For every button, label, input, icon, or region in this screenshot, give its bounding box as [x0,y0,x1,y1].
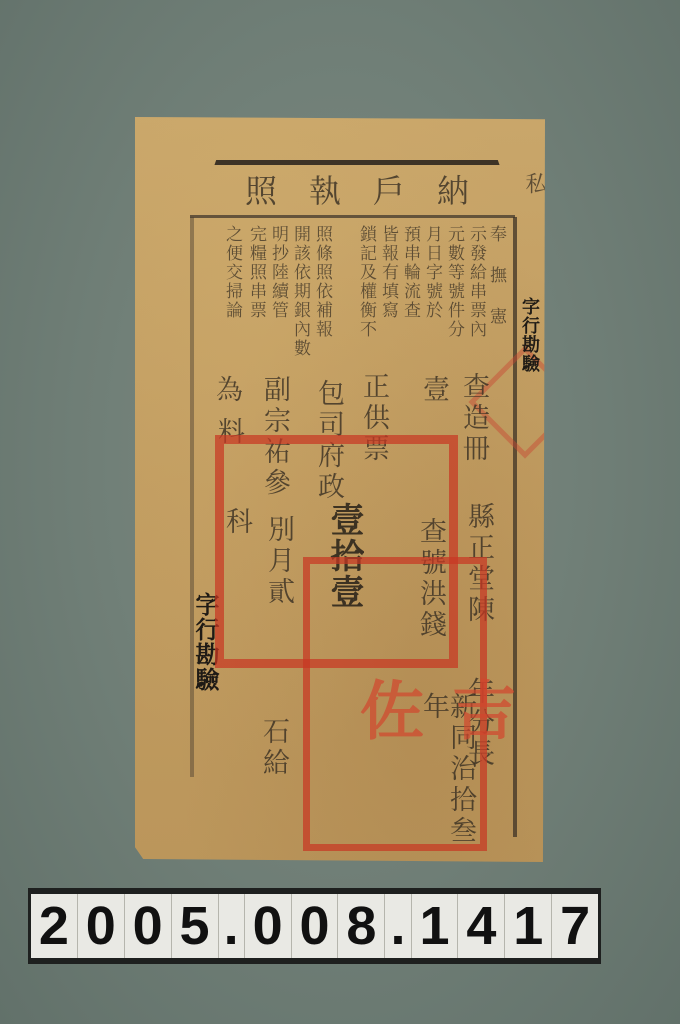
header-column: 預串輪流查 [401,225,418,320]
label-dot: . [219,894,245,958]
header-column: 照條照依補報 [313,225,330,339]
title-char: 照 [245,166,283,212]
label-digit: 5 [172,894,219,958]
header-column: 明抄陸續管 [269,225,286,320]
accession-number: 2 0 0 5 . 0 0 8 . 1 4 1 7 [31,894,598,958]
label-digit: 2 [31,894,78,958]
label-digit: 1 [412,894,459,958]
label-digit: 0 [245,894,292,958]
header-column: 鎖記及權衡不 [357,225,374,339]
header-column: 之便交掃論 [223,225,240,320]
label-digit: 0 [292,894,339,958]
black-stamp: 字行勘驗 [193,592,217,692]
right-edge-text: 私 [523,172,545,196]
label-digit: 0 [78,894,125,958]
header-column: 完糧照串票 [247,225,264,320]
black-stamp: 字行勘驗 [520,297,538,373]
title-char: 執 [309,166,347,212]
header-column: 月日字號於 [423,225,440,320]
body-column: 為 [213,375,240,406]
label-digit: 4 [458,894,505,958]
header-rule [190,215,515,218]
label-digit: 1 [505,894,552,958]
title-char: 戶 [373,166,411,212]
label-digit: 8 [338,894,385,958]
header-column: 開該依期銀內數 [291,225,308,358]
document-title: 納 戶 執 照 [245,167,475,211]
label-dot: . [385,894,411,958]
header-column: 奉 撫 憲 [487,225,504,326]
red-seal-text: 吉 佐 [340,677,524,862]
title-char: 納 [437,166,475,212]
accession-number-label: 2 0 0 5 . 0 0 8 . 1 4 1 7 [28,888,601,964]
body-column: 壹 [420,375,447,406]
header-column: 示發給串票內 [467,225,484,339]
body-column: 查造冊 [460,372,487,465]
left-rule [190,217,194,777]
header-column: 皆報有填寫 [379,225,396,320]
header-column: 元數等號件分 [445,225,462,339]
label-digit: 7 [552,894,598,958]
label-digit: 0 [125,894,172,958]
body-column: 石給 [260,717,287,779]
tax-receipt-document: 納 戶 執 照 奉 撫 憲 示發給串票內 元數等號件分 月日字號於 預串輪流查 … [135,117,545,862]
